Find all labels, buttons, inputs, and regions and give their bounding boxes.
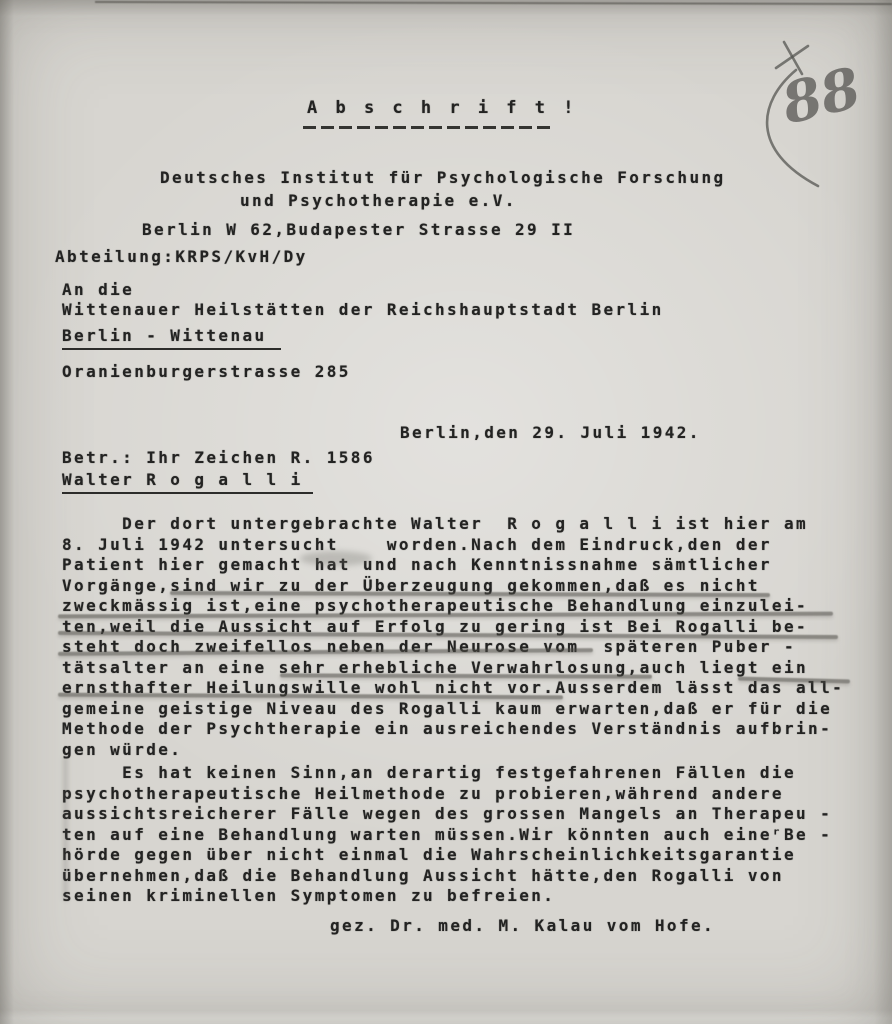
institute-name-line1: Deutsches Institut für Psychologische Fo…	[160, 168, 726, 188]
text-line: 8. Juli 1942 untersucht worden.Nach dem …	[62, 535, 844, 556]
institute-name-line2: und Psychotherapie e.V.	[240, 191, 517, 211]
institute-address: Berlin W 62,Budapester Strasse 29 II	[142, 220, 575, 240]
recipient-street: Oranienburgerstrasse 285	[62, 362, 351, 382]
department-line: Abteilung:KRPS/KvH/Dy	[55, 247, 308, 267]
text-line: aussichtsreicherer Fälle wegen des gross…	[62, 804, 832, 825]
recipient-salutation: An die	[62, 280, 134, 300]
subject-name: Walter R o g a l l i	[62, 470, 313, 494]
paragraph-2: Es hat keinen Sinn,an derartig festgefah…	[62, 763, 832, 907]
paper-top-edge	[95, 1, 892, 5]
signature-line: gez. Dr. med. M. Kalau vom Hofe.	[330, 916, 715, 936]
margin-pencil-streak	[63, 756, 68, 901]
text-line: gen würde.	[62, 740, 844, 761]
text-line: übernehmen,daß die Behandlung Aussicht h…	[62, 866, 832, 887]
reference-line: Betr.: Ihr Zeichen R. 1586	[62, 448, 375, 468]
text-line: gemeine geistige Niveau des Rogalli kaum…	[62, 699, 844, 720]
dateline: Berlin,den 29. Juli 1942.	[400, 423, 701, 443]
text-line: hörde gegen über nicht einmal die Wahrsc…	[62, 845, 832, 866]
text-line: Es hat keinen Sinn,an derartig festgefah…	[62, 763, 832, 784]
text-line: ten auf eine Behandlung warten müssen.Wi…	[62, 825, 832, 846]
document-title: A b s c h r i f t !	[307, 98, 577, 118]
text-line: psychotherapeutische Heilmethode zu prob…	[62, 784, 832, 805]
title-underline	[303, 126, 555, 129]
text-line: Patient hier gemacht hat und nach Kenntn…	[62, 555, 844, 576]
ink-smudge	[300, 551, 372, 566]
text-line: seinen kriminellen Symptomen zu befreien…	[62, 886, 832, 907]
recipient-name: Wittenauer Heilstätten der Reichshauptst…	[62, 300, 664, 320]
handwritten-number: 88	[774, 55, 867, 138]
text-line: Methode der Psychtherapie ein ausreichen…	[62, 719, 844, 740]
document-page: 88 A b s c h r i f t ! Deutsches Institu…	[0, 0, 892, 1024]
handwritten-annotation: 88	[690, 18, 890, 193]
recipient-city: Berlin - Wittenau	[62, 326, 281, 350]
text-line: Der dort untergebrachte Walter R o g a l…	[62, 514, 844, 535]
